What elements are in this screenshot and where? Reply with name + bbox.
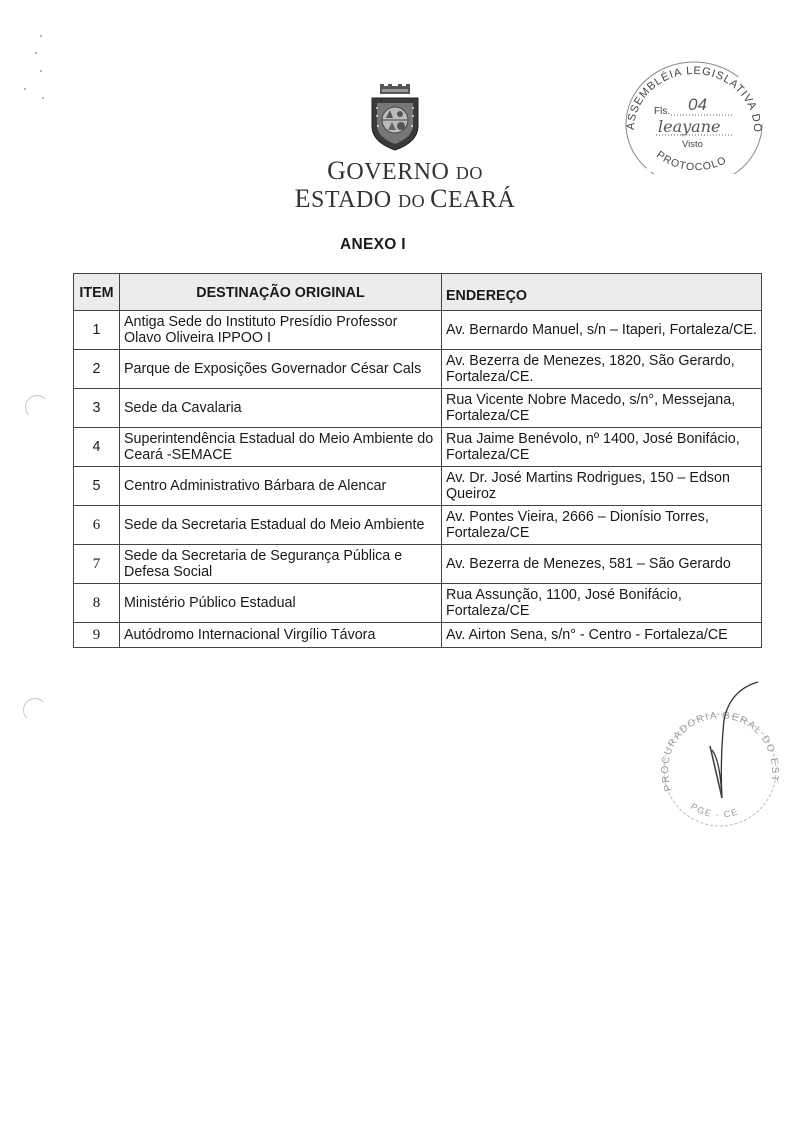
gov-line1-initial: G [327,156,346,185]
header-destinacao: DESTINAÇÃO ORIGINAL [120,274,442,311]
ceara-coat-of-arms-icon [368,84,422,152]
cell-destinacao: Ministério Público Estadual [120,584,442,623]
svg-text:PGE - CE: PGE - CE [689,801,740,819]
punch-hole [25,395,49,419]
scan-speck [42,97,44,99]
cell-destinacao: Sede da Secretaria de Segurança Pública … [120,545,442,584]
scan-speck [35,52,37,54]
signature-icon [712,682,758,798]
cell-destinacao: Autódromo Internacional Virgílio Távora [120,623,442,648]
cell-endereco: Av. Dr. José Martins Rodrigues, 150 – Ed… [442,467,762,506]
gov-line2-do: DO [398,191,430,211]
table-row: 8 Ministério Público Estadual Rua Assunç… [74,584,762,623]
cell-destinacao: Antiga Sede do Instituto Presídio Profes… [120,311,442,350]
cell-item: 9 [74,623,120,648]
header-item: ITEM [74,274,120,311]
stamp-signature: leayane [658,117,720,136]
cell-endereco: Rua Vicente Nobre Macedo, s/n°, Messejan… [442,389,762,428]
cell-endereco: Rua Jaime Benévolo, nº 1400, José Bonifá… [442,428,762,467]
table-row: 2 Parque de Exposições Governador César … [74,350,762,389]
government-title: GOVERNO DO ESTADO DO CEARÁ [290,158,520,214]
cell-destinacao: Parque de Exposições Governador César Ca… [120,350,442,389]
scan-speck [40,70,42,72]
cell-item: 3 [74,389,120,428]
cell-item: 5 [74,467,120,506]
table-row: 6 Sede da Secretaria Estadual do Meio Am… [74,506,762,545]
svg-text:PROCURADORIA GERAL DO ESTADO: PROCURADORIA GERAL DO ESTADO [650,680,780,793]
cell-destinacao: Superintendência Estadual do Meio Ambien… [120,428,442,467]
protocol-stamp: ASSEMBLÉIA LEGISLATIVA DO CEARÁ PROTOCOL… [616,52,766,174]
cell-item: 1 [74,311,120,350]
cell-endereco: Rua Assunção, 1100, José Bonifácio, Fort… [442,584,762,623]
stamp-fls-label: Fls. [654,106,670,117]
gov-line1-do: DO [456,163,483,183]
cell-endereco: Av. Airton Sena, s/n° - Centro - Fortale… [442,623,762,648]
punch-hole [23,698,47,722]
scan-speck [24,88,26,90]
table-header-row: ITEM DESTINAÇÃO ORIGINAL ENDEREÇO [74,274,762,311]
table-row: 4 Superintendência Estadual do Meio Ambi… [74,428,762,467]
annex-title: ANEXO I [340,236,406,254]
gov-line1-rest: OVERNO [346,159,456,185]
cell-endereco: Av. Bezerra de Menezes, 1820, São Gerard… [442,350,762,389]
gov-line2-stado: STADO [311,187,398,213]
pge-stamp: PROCURADORIA GERAL DO ESTADO PGE - CE [650,680,785,830]
gov-line2-eara: EARÁ [448,187,515,213]
table-row: 7 Sede da Secretaria de Segurança Públic… [74,545,762,584]
stamp-fls-value: 04 [688,95,707,114]
pge-bottom-text: PGE - CE [689,801,740,819]
gov-line2-initial: E [295,184,311,213]
scan-speck [40,35,42,37]
annex-table: ITEM DESTINAÇÃO ORIGINAL ENDEREÇO 1 Anti… [73,273,762,648]
table-row: 9 Autódromo Internacional Virgílio Távor… [74,623,762,648]
cell-item: 4 [74,428,120,467]
table-row: 5 Centro Administrativo Bárbara de Alenc… [74,467,762,506]
cell-endereco: Av. Bezerra de Menezes, 581 – São Gerard… [442,545,762,584]
stamp-visto-label: Visto [682,139,703,150]
svg-text:PROTOCOLO: PROTOCOLO [654,149,729,174]
header-endereco: ENDEREÇO [442,274,762,311]
table-row: 1 Antiga Sede do Instituto Presídio Prof… [74,311,762,350]
cell-endereco: Av. Pontes Vieira, 2666 – Dionísio Torre… [442,506,762,545]
gov-line2-c: C [430,184,448,213]
cell-item: 7 [74,545,120,584]
table-row: 3 Sede da Cavalaria Rua Vicente Nobre Ma… [74,389,762,428]
cell-endereco: Av. Bernardo Manuel, s/n – Itaperi, Fort… [442,311,762,350]
cell-item: 8 [74,584,120,623]
pge-ring-text: PROCURADORIA GERAL DO ESTADO [650,680,780,793]
stamp-protocol-text: PROTOCOLO [654,149,729,174]
cell-destinacao: Centro Administrativo Bárbara de Alencar [120,467,442,506]
cell-destinacao: Sede da Secretaria Estadual do Meio Ambi… [120,506,442,545]
cell-item: 2 [74,350,120,389]
cell-destinacao: Sede da Cavalaria [120,389,442,428]
cell-item: 6 [74,506,120,545]
